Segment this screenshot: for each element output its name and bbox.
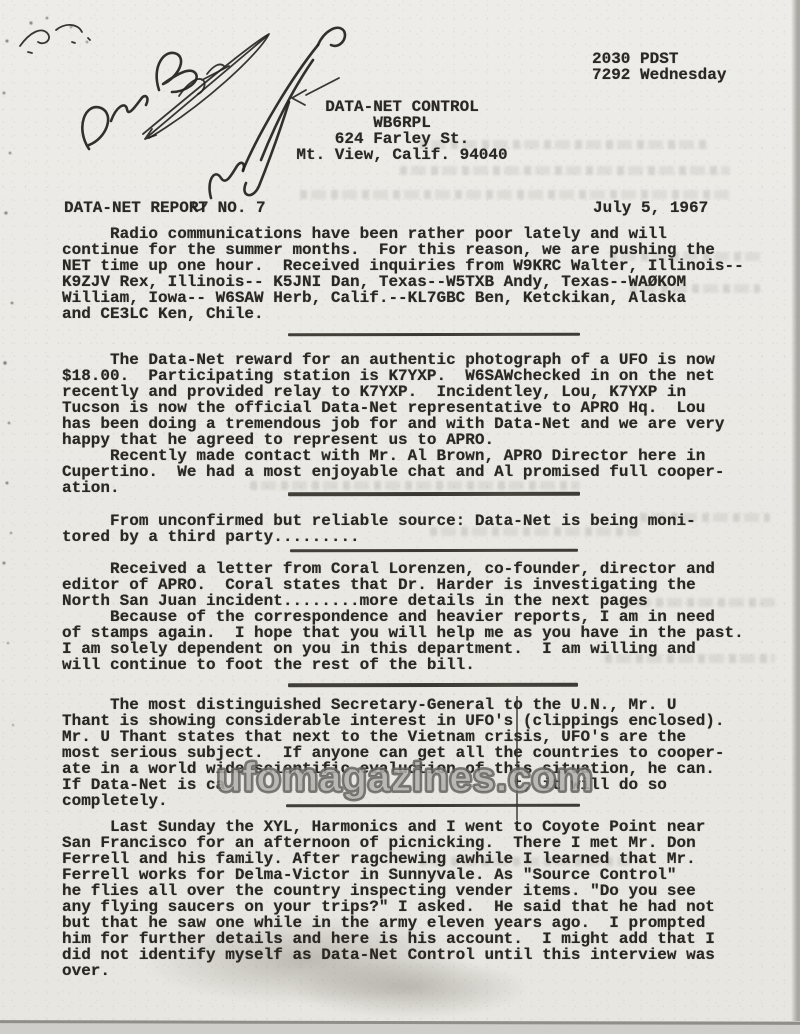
page-right-edge-shadow [791, 0, 800, 1021]
report-date: July 5, 1967 [593, 200, 708, 216]
section-divider [286, 804, 580, 808]
signature-don-burt: Don Burt [82, 34, 269, 149]
watermark-text: ufomagazines.com [210, 757, 600, 797]
net-day: 7292 Wednesday [592, 66, 726, 84]
paragraph-lorenzen-stamps: Received a letter from Coral Lorenzen, c… [62, 561, 744, 673]
section-divider [288, 492, 580, 497]
scan-speck-noise [0, 0, 2, 2]
paragraph-monitored: From unconfirmed but reliable source: Da… [62, 513, 696, 545]
paragraph-coyote-point: Last Sunday the XYL, Harmonics and I wen… [62, 819, 715, 979]
header-net-time-block: 2030 PDST 7292 Wednesday [592, 51, 726, 83]
section-divider [288, 333, 580, 337]
paragraph-reward-apro: The Data-Net reward for an authentic pho… [62, 352, 725, 496]
scanned-document-page: 2030 PDST 7292 Wednesday DATA-NET CONTRO… [0, 0, 800, 1034]
paragraph-radio-communications: Radio communications have been rather po… [62, 226, 744, 322]
pen-scribble-mark [8, 8, 108, 68]
section-divider [288, 683, 578, 688]
page-bottom-edge [0, 1020, 800, 1025]
signature-mike-jaffe: Mike Jaffe [193, 28, 345, 210]
section-divider [290, 549, 578, 553]
handwritten-signatures: Don Burt Mike Jaffe [55, 8, 485, 238]
